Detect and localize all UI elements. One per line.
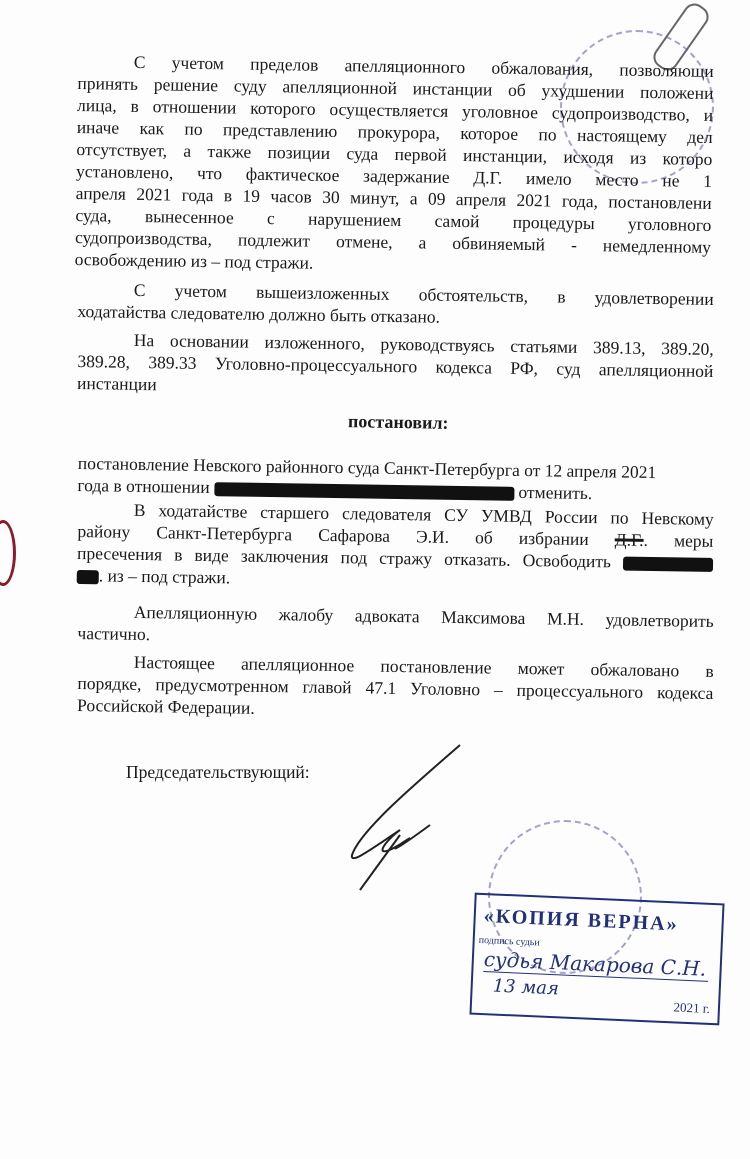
- text-fragment: года в отношении: [77, 475, 210, 497]
- stamp-year: 2021 г.: [673, 999, 710, 1017]
- stamp-date: 13 мая: [492, 975, 559, 999]
- resolution-appeal-procedure: Настоящее апелляционное постановление мо…: [77, 650, 714, 726]
- resolution-appeal-partial: Апелляционную жалобу адвоката Максимова …: [77, 600, 714, 654]
- document-page: С учетом пределов апелляционного обжалов…: [0, 0, 750, 1159]
- hole-punch-mark: [0, 520, 16, 586]
- redacted-name: [214, 482, 514, 501]
- resolution-deny-detention: В ходатайстве старшего следователя СУ УМ…: [77, 498, 714, 596]
- paragraph-legal-basis: На основании изложенного, руководствуясь…: [77, 328, 714, 404]
- paragraph-conclusion: С учетом вышеизложенных обстоятельств, в…: [77, 278, 714, 332]
- redacted-name: [623, 557, 713, 572]
- signature-icon: [340, 740, 480, 900]
- stamp-title: «КОПИЯ ВЕРНА»: [483, 905, 679, 936]
- certified-copy-stamp: «КОПИЯ ВЕРНА» подпись судьи судья Макаро…: [469, 893, 724, 1026]
- paragraph-appeal-limits: С учетом пределов апелляционного обжалов…: [75, 50, 714, 280]
- text-fragment: отменить.: [518, 482, 592, 503]
- signer-label: Председательствующий:: [126, 762, 310, 783]
- redacted-initials: [77, 570, 99, 584]
- resolution-cancel: постановление Невского районного суда Са…: [77, 452, 714, 506]
- ruling-heading: постановил:: [348, 411, 449, 434]
- struck-name: Д.Г.: [615, 529, 644, 549]
- text-fragment: . из – под стражи.: [99, 565, 231, 587]
- text-fragment: . меры: [643, 530, 713, 551]
